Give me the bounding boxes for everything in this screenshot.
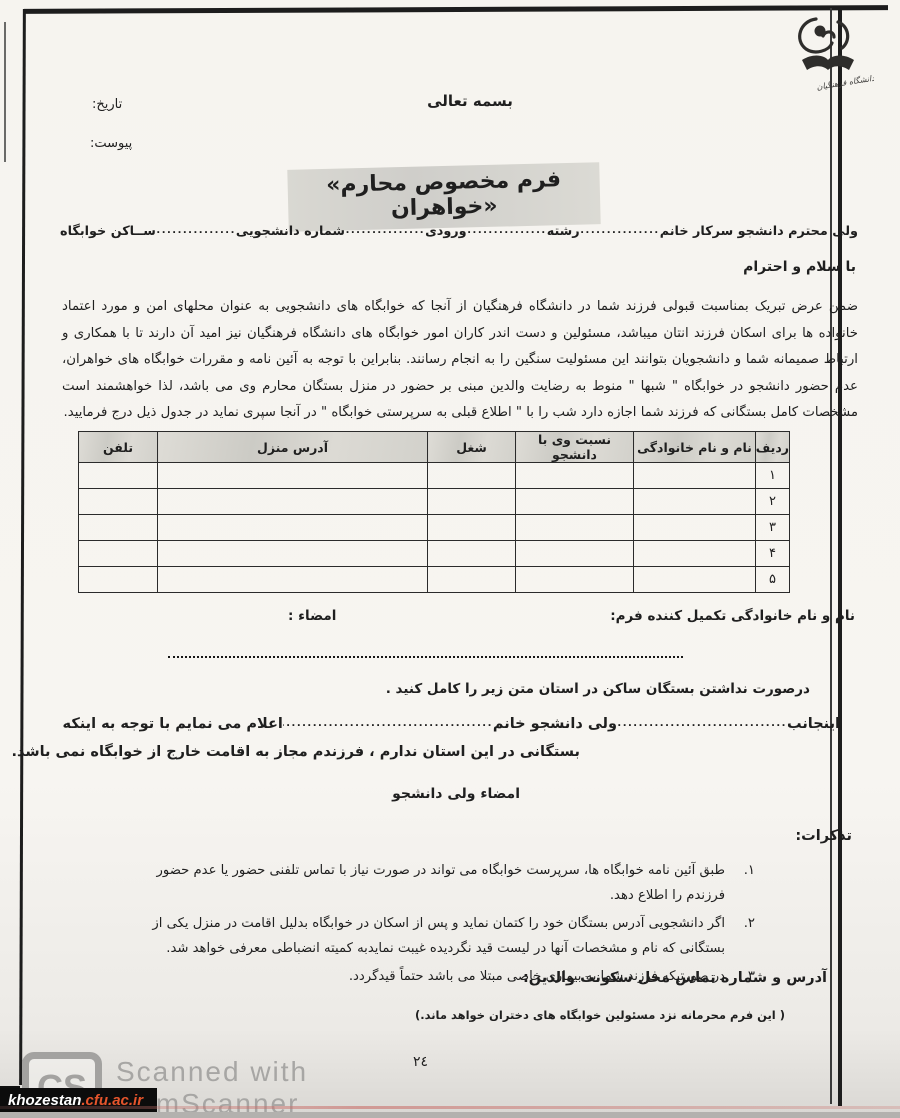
student-info-line: ولی محترم دانشجو سرکار خانم ............… bbox=[60, 224, 858, 239]
cell-empty bbox=[516, 463, 634, 489]
cell-empty bbox=[634, 515, 756, 541]
cell-empty bbox=[158, 567, 428, 593]
note-item-2: ۲. اگر دانشجویی آدرس بستگان خود را کتمان… bbox=[127, 911, 755, 961]
cell-empty bbox=[516, 567, 634, 593]
blank-guardian-name: ........................................… bbox=[617, 718, 787, 729]
declaration-i-undersigned: اینجانب bbox=[787, 716, 840, 732]
blank-major: ........................................… bbox=[467, 225, 547, 236]
university-logo: دانشگاه فرهنگیان bbox=[782, 12, 874, 98]
logo-caption-text: دانشگاه فرهنگیان bbox=[816, 73, 874, 92]
declaration-guardian-of: ولی دانشجو خانم bbox=[493, 716, 617, 732]
row-number: ۲ bbox=[756, 489, 790, 515]
blank-student-name: ........................................… bbox=[283, 718, 493, 729]
cell-empty bbox=[158, 463, 428, 489]
table-row: ۳ bbox=[79, 515, 790, 541]
cell-empty bbox=[79, 567, 158, 593]
cell-empty bbox=[158, 515, 428, 541]
parents-contact-label: آدرس و شماره تماس محل سکونت والدین: bbox=[523, 970, 827, 986]
page-border-left bbox=[19, 9, 26, 1085]
no-relatives-instruction: درصورت نداشتن بستگان ساکن در استان متن ز… bbox=[386, 681, 810, 697]
declaration-statement: اعلام می نمایم با توجه به اینکه bbox=[63, 716, 283, 732]
cell-empty bbox=[158, 489, 428, 515]
page-border-right-outer bbox=[838, 6, 842, 1106]
attachment-label: پیوست: bbox=[90, 136, 132, 151]
table-row: ۲ bbox=[79, 489, 790, 515]
cell-empty bbox=[428, 541, 516, 567]
page-number: ۲٤ bbox=[413, 1054, 428, 1070]
cell-empty bbox=[634, 489, 756, 515]
basmala: بسمه تعالی bbox=[395, 92, 545, 110]
entry-label: ورودی bbox=[425, 224, 467, 239]
completer-name-label: نام و نام خانوادگی تکمیل کننده فرم: bbox=[610, 608, 855, 624]
col-header-relation: نسبت وی با دانشجو bbox=[516, 432, 634, 463]
salutation: با سلام و احترام bbox=[600, 259, 856, 275]
completer-signature-label: امضاء : bbox=[288, 608, 336, 624]
cell-empty bbox=[428, 567, 516, 593]
student-no-label: شماره دانشجویی bbox=[236, 224, 345, 239]
cell-empty bbox=[634, 541, 756, 567]
cell-empty bbox=[158, 541, 428, 567]
note-text: طبق آئین نامه خوابگاه ها، سرپرست خوابگاه… bbox=[127, 858, 725, 908]
row-number: ۵ bbox=[756, 567, 790, 593]
col-header-phone: تلفن bbox=[79, 432, 158, 463]
confidential-note: ( این فرم محرمانه نزد مسئولین خوابگاه ها… bbox=[415, 1008, 785, 1022]
scanned-form-page: دانشگاه فرهنگیان بسمه تعالی تاریخ: پیوست… bbox=[0, 0, 900, 1118]
row-number: ۱ bbox=[756, 463, 790, 489]
table-row: ۴ bbox=[79, 541, 790, 567]
guardian-label: ولی محترم دانشجو سرکار خانم bbox=[660, 224, 858, 239]
date-label: تاریخ: bbox=[92, 97, 122, 112]
major-label: رشته bbox=[547, 224, 580, 239]
table-row: ۱ bbox=[79, 463, 790, 489]
completer-dotted-line bbox=[168, 646, 683, 658]
form-title: «فرم مخصوص محارم خواهران» bbox=[287, 162, 600, 232]
body-paragraph: ضمن عرض تبریک بمناسبت قبولی فرزند شما در… bbox=[62, 294, 858, 427]
relatives-table: ردیف نام و نام خانوادگی نسبت وی با دانشج… bbox=[78, 431, 790, 593]
row-number: ۳ bbox=[756, 515, 790, 541]
cell-empty bbox=[79, 489, 158, 515]
row-number: ۴ bbox=[756, 541, 790, 567]
scan-bottom-edge bbox=[0, 1112, 900, 1118]
cell-empty bbox=[634, 463, 756, 489]
cell-empty bbox=[79, 515, 158, 541]
col-header-job: شغل bbox=[428, 432, 516, 463]
declaration-line2: بستگانی در این استان ندارم ، فرزندم مجاز… bbox=[11, 744, 580, 760]
cell-empty bbox=[428, 489, 516, 515]
university-emblem-icon: دانشگاه فرهنگیان bbox=[782, 12, 874, 98]
scan-edge-mark bbox=[4, 22, 6, 162]
blank-entry: ........................................… bbox=[345, 225, 425, 236]
table-header-row: ردیف نام و نام خانوادگی نسبت وی با دانشج… bbox=[79, 432, 790, 463]
note-number: ۱. bbox=[735, 858, 755, 908]
col-header-row-no: ردیف bbox=[756, 432, 790, 463]
scan-pink-streak bbox=[0, 1106, 900, 1109]
scanned-with-text: Scanned with bbox=[116, 1056, 308, 1088]
cell-empty bbox=[428, 515, 516, 541]
cell-empty bbox=[79, 463, 158, 489]
declaration-line: اینجانب ................................… bbox=[62, 716, 840, 732]
note-text: اگر دانشجویی آدرس بستگان خود را کتمان نم… bbox=[127, 911, 725, 961]
blank-name: ........................................… bbox=[580, 225, 660, 236]
page-border-top bbox=[24, 5, 888, 14]
page-border-right-inner bbox=[830, 8, 832, 1104]
cell-empty bbox=[516, 489, 634, 515]
note-item-1: ۱. طبق آئین نامه خوابگاه ها، سرپرست خواب… bbox=[127, 858, 755, 908]
cell-empty bbox=[428, 463, 516, 489]
table-row: ۵ bbox=[79, 567, 790, 593]
dorm-label: ســاکن خوابگاه bbox=[60, 224, 156, 239]
note-number: ۲. bbox=[735, 911, 755, 961]
cell-empty bbox=[634, 567, 756, 593]
blank-student-no: ........................................… bbox=[156, 225, 236, 236]
cell-empty bbox=[516, 515, 634, 541]
col-header-full-name: نام و نام خانوادگی bbox=[634, 432, 756, 463]
guardian-signature-label: امضاء ولی دانشجو bbox=[392, 786, 520, 802]
notes-title: تذکرات: bbox=[795, 828, 852, 844]
cell-empty bbox=[516, 541, 634, 567]
col-header-address: آدرس منزل bbox=[158, 432, 428, 463]
cell-empty bbox=[79, 541, 158, 567]
